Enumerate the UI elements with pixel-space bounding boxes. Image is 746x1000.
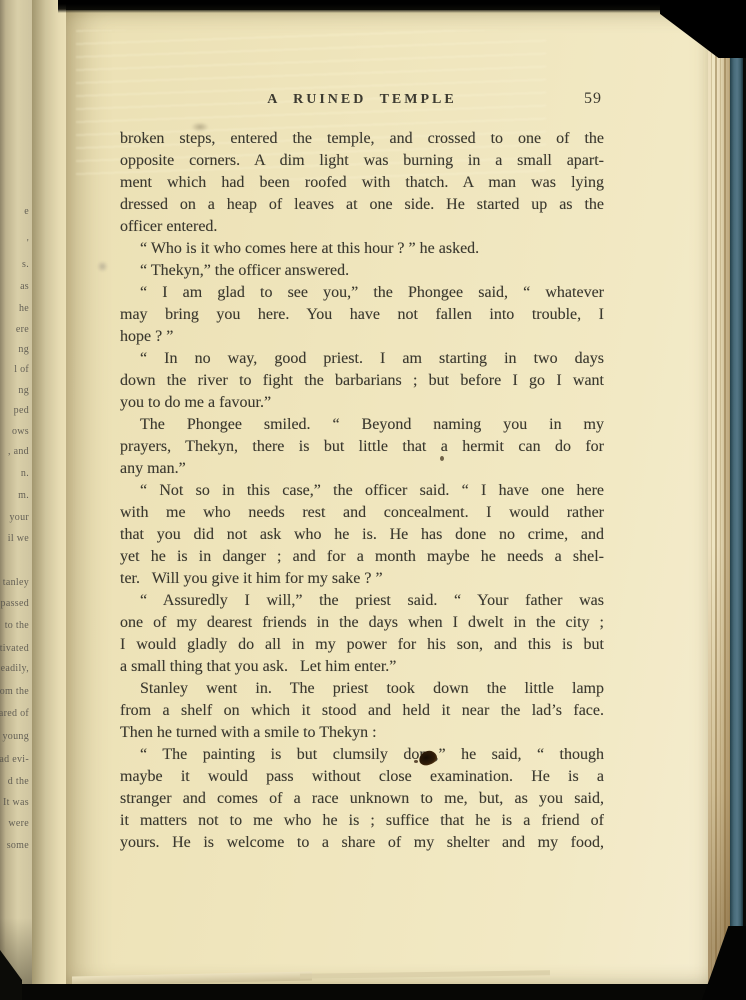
edge-text-fragment: he xyxy=(19,303,29,314)
text-line: I would gladly do all in my power for hi… xyxy=(120,634,604,656)
text-line: officer entered. xyxy=(120,216,604,238)
text-line: dressed on a heap of leaves at one side.… xyxy=(120,194,604,216)
paragraph: “ I am glad to see you,” the Phongee sai… xyxy=(120,282,604,348)
paragraph: “ Assuredly I will,” the priest said. “ … xyxy=(120,590,604,678)
edge-text-fragment: It was xyxy=(3,797,29,808)
text-line: down the river to fight the barbarians ;… xyxy=(120,370,604,392)
edge-text-fragment: ows xyxy=(12,426,29,437)
edge-text-fragment: your xyxy=(9,512,29,523)
paper-smudge xyxy=(97,261,108,272)
text-line: prayers, Thekyn, there is but little tha… xyxy=(120,436,604,458)
text-block: broken steps, entered the temple, and cr… xyxy=(120,128,604,854)
edge-text-fragment: om the xyxy=(0,686,29,697)
text-line: “ Not so in this case,” the officer said… xyxy=(120,480,604,502)
running-header-title: A RUINED TEMPLE xyxy=(120,92,604,108)
text-line: “ Assuredly I will,” the priest said. “ … xyxy=(120,590,604,612)
page-edges xyxy=(708,5,730,987)
text-line: “ The painting is but clumsily done,” he… xyxy=(120,744,604,766)
text-line: maybe it would pass without close examin… xyxy=(120,766,604,788)
edge-text-fragment: ped xyxy=(14,405,29,416)
text-line: “ I am glad to see you,” the Phongee sai… xyxy=(120,282,604,304)
text-line: stranger and comes of a race unknown to … xyxy=(120,788,604,810)
book-cover-edge xyxy=(730,3,743,997)
text-line: “ Who is it who comes here at this hour … xyxy=(120,238,604,260)
edge-text-fragment: some xyxy=(7,840,29,851)
edge-text-fragment: d the xyxy=(8,776,29,787)
edge-text-fragment: young xyxy=(3,731,30,742)
text-line: Then he turned with a smile to Thekyn : xyxy=(120,722,604,744)
edge-text-fragment: ng xyxy=(18,385,29,396)
photo-background-top xyxy=(58,0,662,13)
text-line: The Phongee smiled. “ Beyond naming you … xyxy=(120,414,604,436)
paper-speck xyxy=(440,456,444,461)
edge-text-fragment: tivated xyxy=(0,643,29,654)
paragraph: “ Not so in this case,” the officer said… xyxy=(120,480,604,590)
text-line: opposite corners. A dim light was burnin… xyxy=(120,150,604,172)
text-line: you to do me a favour.” xyxy=(120,392,604,414)
paragraph: “ Who is it who comes here at this hour … xyxy=(120,238,604,260)
ink-blot-satellite xyxy=(414,760,418,763)
book-page-photo: e's.asheerengl ofngpedows, andn.m.youril… xyxy=(0,0,746,1000)
text-line: hope ? ” xyxy=(120,326,604,348)
text-line: ter. Will you give it him for my sake ? … xyxy=(120,568,604,590)
paper-smudge xyxy=(191,122,209,132)
text-line: a small thing that you ask. Let him ente… xyxy=(120,656,604,678)
book-page: A RUINED TEMPLE 59 broken steps, entered… xyxy=(66,10,708,986)
edge-text-fragment: tanley xyxy=(3,577,29,588)
paragraph: “ Thekyn,” the officer answered. xyxy=(120,260,604,282)
text-line: any man.” xyxy=(120,458,604,480)
edge-text-fragment: ared of xyxy=(0,708,29,719)
paragraph: The Phongee smiled. “ Beyond naming you … xyxy=(120,414,604,480)
text-line: broken steps, entered the temple, and cr… xyxy=(120,128,604,150)
book-gutter xyxy=(32,0,66,986)
text-line: yet he is in danger ; and for a month ma… xyxy=(120,546,604,568)
photo-background-bottom xyxy=(0,984,746,1000)
text-line: “ Thekyn,” the officer answered. xyxy=(120,260,604,282)
paragraph: broken steps, entered the temple, and cr… xyxy=(120,128,604,238)
text-line: may bring you here. You have not fallen … xyxy=(120,304,604,326)
text-line: that you did not ask who he is. He has d… xyxy=(120,524,604,546)
edge-text-fragment: ad evi- xyxy=(0,754,29,765)
edge-text-fragment: , and xyxy=(8,446,29,457)
edge-text-fragment: as xyxy=(20,281,29,292)
edge-text-fragment: to the xyxy=(5,620,29,631)
page-number: 59 xyxy=(584,90,602,108)
facing-page-edge: e's.asheerengl ofngpedows, andn.m.youril… xyxy=(0,0,32,988)
edge-text-fragment: m. xyxy=(18,490,29,501)
edge-text-fragment: n. xyxy=(21,468,29,479)
paragraph: “ The painting is but clumsily done,” he… xyxy=(120,744,604,854)
text-line: from a shelf on which it stood and held … xyxy=(120,700,604,722)
edge-text-fragment: ' xyxy=(27,238,29,249)
running-header: A RUINED TEMPLE 59 xyxy=(120,90,604,112)
text-line: it matters not to me who he is ; suffice… xyxy=(120,810,604,832)
text-line: ment which had been roofed with thatch. … xyxy=(120,172,604,194)
paragraph: “ In no way, good priest. I am starting … xyxy=(120,348,604,414)
edge-text-fragment: passed xyxy=(1,598,29,609)
paragraph: Stanley went in. The priest took down th… xyxy=(120,678,604,744)
text-line: with me who needs rest and concealment. … xyxy=(120,502,604,524)
edge-text-fragment: ng xyxy=(18,344,29,355)
text-line: yours. He is welcome to a share of my sh… xyxy=(120,832,604,854)
edge-text-fragment: ere xyxy=(16,324,29,335)
edge-text-fragment: l of xyxy=(14,364,29,375)
text-line: Stanley went in. The priest took down th… xyxy=(120,678,604,700)
edge-text-fragment: eadily, xyxy=(1,663,29,674)
edge-text-fragment: were xyxy=(8,818,29,829)
edge-text-fragment: e xyxy=(24,206,29,217)
text-line: “ In no way, good priest. I am starting … xyxy=(120,348,604,370)
edge-text-fragment: il we xyxy=(8,533,29,544)
text-line: one of my dearest friends in the days wh… xyxy=(120,612,604,634)
edge-text-fragment: s. xyxy=(22,259,29,270)
